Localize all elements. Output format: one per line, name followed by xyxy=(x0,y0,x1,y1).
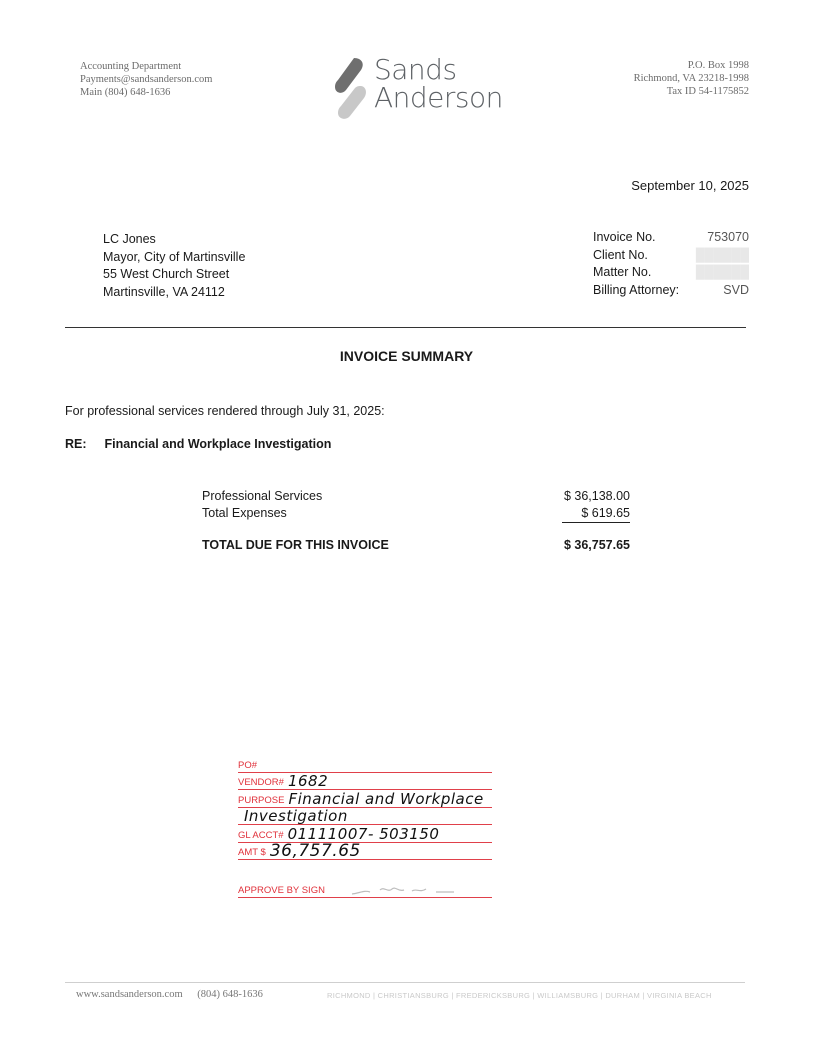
meta-value: 753070 xyxy=(707,229,749,247)
signature-scribble-icon xyxy=(350,884,460,896)
footer-divider xyxy=(65,982,745,983)
gl-account-label: GL ACCT# xyxy=(238,830,284,842)
invoice-summary-table: Professional Services $ 36,138.00 Total … xyxy=(202,488,630,554)
recipient-street: 55 West Church Street xyxy=(103,266,245,284)
recipient-city: Martinsville, VA 24112 xyxy=(103,284,245,302)
approval-stamp: PO# VENDOR# 1682 PURPOSE Financial and W… xyxy=(238,755,492,898)
amount-value: 36,757.65 xyxy=(270,844,361,859)
amount-label: AMT $ xyxy=(238,847,266,859)
letterhead-address: P.O. Box 1998 Richmond, VA 23218-1998 Ta… xyxy=(634,59,749,98)
logo-wordmark: Sands Anderson xyxy=(374,56,503,112)
meta-client-no: Client No. ██████ xyxy=(593,247,749,265)
recipient-name: LC Jones xyxy=(103,231,245,249)
purpose-value-continued: Investigation xyxy=(244,809,348,824)
header-divider xyxy=(65,327,746,328)
meta-value: SVD xyxy=(723,282,749,300)
summary-label: Total Expenses xyxy=(202,505,287,523)
meta-matter-no: Matter No. ██████ xyxy=(593,264,749,282)
meta-label: Billing Attorney: xyxy=(593,282,679,300)
meta-label: Invoice No. xyxy=(593,229,656,247)
tax-id: Tax ID 54-1175852 xyxy=(634,85,749,98)
stamp-purpose-row-2: Investigation xyxy=(238,808,492,826)
meta-label: Client No. xyxy=(593,247,648,265)
footer-phone: (804) 648-1636 xyxy=(197,989,263,1000)
summary-label: Professional Services xyxy=(202,488,322,505)
po-box: P.O. Box 1998 xyxy=(634,59,749,72)
purpose-label: PURPOSE xyxy=(238,795,284,807)
department-name: Accounting Department xyxy=(80,60,212,73)
logo-word-anderson: Anderson xyxy=(374,84,503,112)
summary-amount: $ 36,138.00 xyxy=(564,488,630,505)
re-label: RE: xyxy=(65,437,101,451)
meta-value-faded: ██████ xyxy=(696,247,749,265)
stamp-approve-row: APPROVE BY SIGN xyxy=(238,880,492,898)
city-state-zip: Richmond, VA 23218-1998 xyxy=(634,72,749,85)
payments-email: Payments@sandsanderson.com xyxy=(80,73,212,86)
logo-mark-icon xyxy=(332,56,368,120)
invoice-date: September 10, 2025 xyxy=(631,178,749,193)
stamp-purpose-row: PURPOSE Financial and Workplace xyxy=(238,790,492,808)
recipient-title: Mayor, City of Martinsville xyxy=(103,249,245,267)
re-line: RE: Financial and Workplace Investigatio… xyxy=(65,437,331,451)
meta-value-faded: ██████ xyxy=(696,264,749,282)
logo-word-sands: Sands xyxy=(374,56,503,84)
stamp-vendor-row: VENDOR# 1682 xyxy=(238,773,492,791)
footer-office-locations: RICHMOND | CHRISTIANSBURG | FREDERICKSBU… xyxy=(327,991,712,1000)
summary-amount: $ 619.65 xyxy=(562,505,630,523)
page-title: INVOICE SUMMARY xyxy=(0,348,813,364)
re-subject: Financial and Workplace Investigation xyxy=(104,437,331,451)
company-logo: Sands Anderson xyxy=(332,56,512,120)
total-amount: $ 36,757.65 xyxy=(564,537,630,554)
stamp-gl-row: GL ACCT# 01111007- 503150 xyxy=(238,825,492,843)
main-phone: Main (804) 648-1636 xyxy=(80,86,212,99)
purpose-value: Financial and Workplace xyxy=(288,792,483,807)
invoice-meta: Invoice No. 753070 Client No. ██████ Mat… xyxy=(593,229,749,299)
vendor-label: VENDOR# xyxy=(238,777,284,789)
stamp-po-row: PO# xyxy=(238,755,492,773)
approve-label: APPROVE BY SIGN xyxy=(238,885,325,897)
footer-website-link[interactable]: www.sandsanderson.com xyxy=(76,989,183,1000)
letterhead-contact: Accounting Department Payments@sandsande… xyxy=(80,60,212,99)
service-period: For professional services rendered throu… xyxy=(65,404,385,418)
recipient-address: LC Jones Mayor, City of Martinsville 55 … xyxy=(103,231,245,301)
gl-account-value: 01111007- 503150 xyxy=(288,827,440,842)
meta-billing-attorney: Billing Attorney: SVD xyxy=(593,282,749,300)
summary-row-total-expenses: Total Expenses $ 619.65 xyxy=(202,505,630,523)
vendor-value: 1682 xyxy=(288,774,328,789)
meta-invoice-no: Invoice No. 753070 xyxy=(593,229,749,247)
stamp-amount-row: AMT $ 36,757.65 xyxy=(238,843,492,861)
summary-row-professional-services: Professional Services $ 36,138.00 xyxy=(202,488,630,505)
summary-row-total-due: TOTAL DUE FOR THIS INVOICE $ 36,757.65 xyxy=(202,537,630,554)
total-label: TOTAL DUE FOR THIS INVOICE xyxy=(202,537,389,554)
po-label: PO# xyxy=(238,760,257,772)
footer-contact: www.sandsanderson.com (804) 648-1636 xyxy=(76,989,263,1000)
meta-label: Matter No. xyxy=(593,264,651,282)
